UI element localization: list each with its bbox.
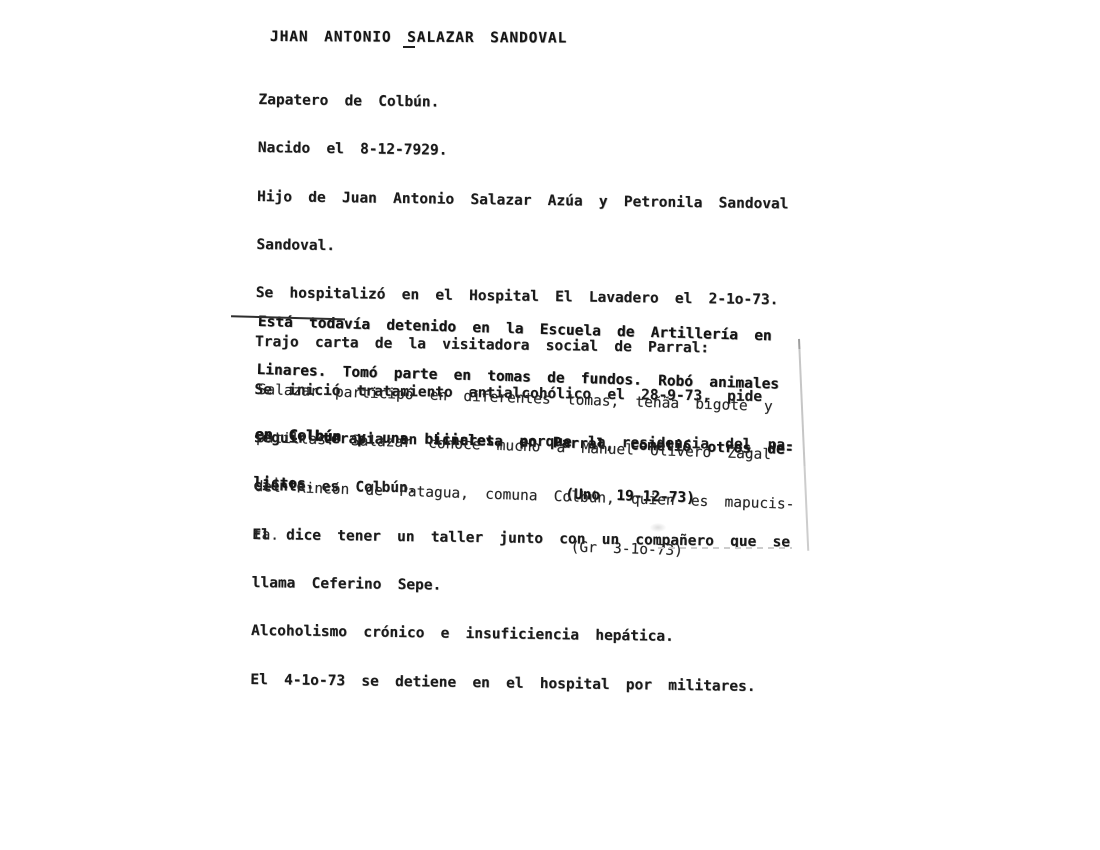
scanned-document-page: JHAN ANTONIO SALAZAR SANDOVAL Zapatero d… xyxy=(0,0,1100,850)
text-line: Salazar participó en diferentes tomas, t… xyxy=(257,382,797,416)
text-line: Hijo de Juan Antonio Salazar Azúa y Petr… xyxy=(257,189,797,213)
document-title: JHAN ANTONIO SALAZAR SANDOVAL xyxy=(270,29,567,48)
text-line: Sandoval. xyxy=(256,237,796,261)
text-line: patillas. Salazar conoce mucho a Manuel … xyxy=(256,430,796,464)
text-line: El 4-1o-73 se detiene en el hospital por… xyxy=(250,672,790,696)
text-segment: ta. xyxy=(253,527,280,544)
text-line: ta.(Gr 3-1o-73) xyxy=(253,527,793,561)
scan-smudge xyxy=(650,523,666,532)
title-letter-underline xyxy=(403,46,415,48)
text-line: Alcoholismo crónico e insuficiencia hepá… xyxy=(251,623,791,647)
card-edge-bottom xyxy=(658,547,792,549)
text-line: del Rincón de Patagua, comuna Colbún, qu… xyxy=(254,479,794,513)
paragraph-informant-note: Salazar participó en diferentes tomas, t… xyxy=(252,350,799,593)
text-line: Zapatero de Colbún. xyxy=(258,92,798,116)
card-edge-vertical xyxy=(798,339,809,551)
source-date-note: (Gr 3-1o-73) xyxy=(570,539,683,559)
text-line: Nacido el 8-12-7929. xyxy=(258,140,798,164)
